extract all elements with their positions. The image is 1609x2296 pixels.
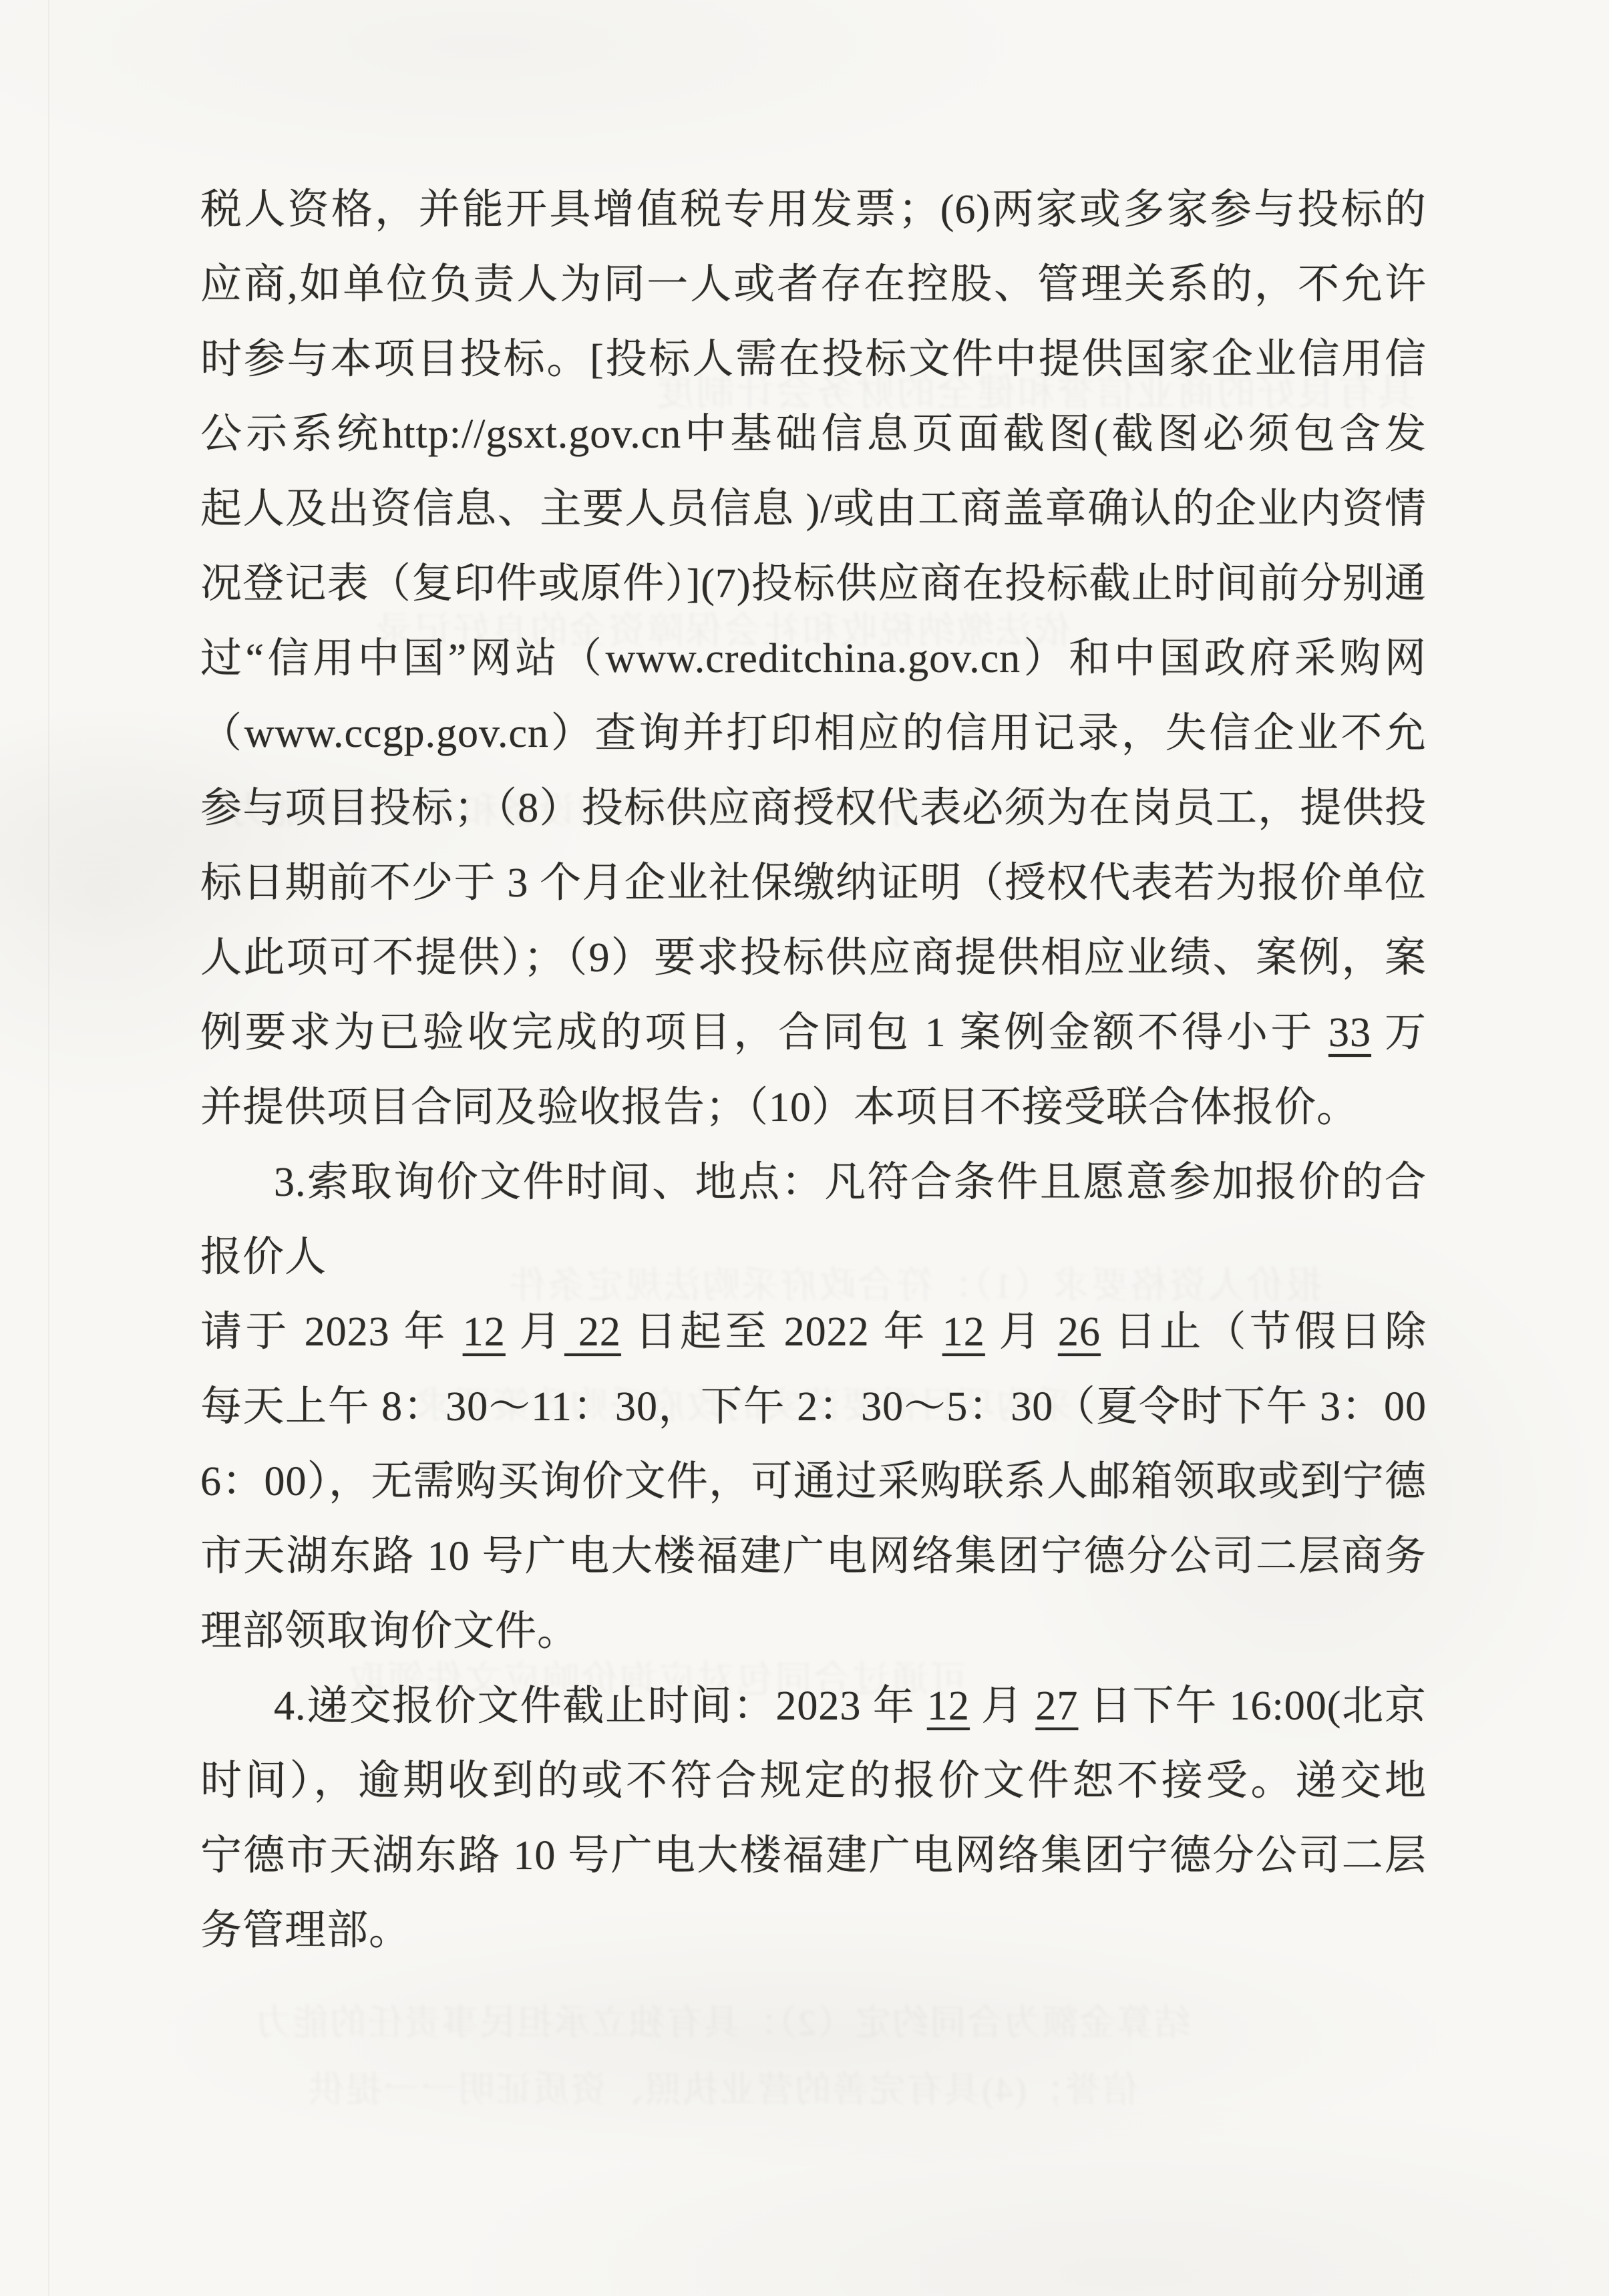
text-segment: 时间），逾期收到的或不符合规定的报价文件恕不接受。递交地址： (200, 1758, 1427, 1818)
text-line: 请于 2023 年 12 月 22 日起至 2022 年 12 月 26 日止（… (200, 1295, 1427, 1369)
text-line: 报价人 (200, 1220, 1427, 1295)
text-line: 市天湖东路 10 号广电大楼福建广电网络集团宁德分公司二层商务管 (200, 1519, 1427, 1594)
underlined-value: 12 (927, 1683, 970, 1729)
text-segment: 6：00），无需购买询价文件，可通过采购联系人邮箱领取或到宁德 (200, 1459, 1427, 1504)
text-line: 起人及出资信息、主要人员信息 )/或由工商盖章确认的企业内资情 (200, 472, 1427, 546)
underlined-value: 33 (1328, 1010, 1371, 1055)
text-line: 每天上午 8：30～11：30，下午 2：30～5：30（夏令时下午 3：00～ (200, 1369, 1427, 1444)
text-segment: 每天上午 8：30～11：30，下午 2：30～5：30（夏令时下午 3：00～ (200, 1384, 1427, 1444)
text-line: 应商,如单位负责人为同一人或者存在控股、管理关系的，不允许同 (200, 247, 1427, 322)
document-body: 税人资格，并能开具增值税专用发票；(6)两家或多家参与投标的供应商,如单位负责人… (200, 172, 1427, 1968)
text-segment: 日起至 2022 年 (621, 1309, 942, 1355)
text-line: 参与项目投标；（8）投标供应商授权代表必须为在岗员工，提供投 (200, 771, 1427, 846)
text-segment: 务管理部。 (200, 1908, 411, 1953)
text-line: 况登记表（复印件或原件）](7)投标供应商在投标截止时间前分别通 (200, 546, 1427, 621)
underlined-value: 27 (1035, 1683, 1078, 1729)
text-segment: 人此项可不提供）；（9）要求投标供应商提供相应业绩、案例，案 (200, 935, 1427, 981)
text-segment: 起人及出资信息、主要人员信息 )/或由工商盖章确认的企业内资情 (200, 486, 1427, 532)
text-segment: 月 (506, 1309, 564, 1355)
text-line: 并提供项目合同及验收报告；（10）本项目不接受联合体报价。 (200, 1070, 1427, 1145)
text-line: 过“信用中国”网站（www.creditchina.gov.cn）和中国政府采购… (200, 621, 1427, 696)
scan-fold-line (48, 0, 49, 2296)
text-line: 理部领取询价文件。 (200, 1594, 1427, 1669)
text-line: 人此项可不提供）；（9）要求投标供应商提供相应业绩、案例，案 (200, 921, 1427, 995)
text-segment: 3.索取询价文件时间、地点：凡符合条件且愿意参加报价的合格 (200, 1160, 1427, 1220)
underlined-value: 22 (564, 1309, 621, 1355)
text-line: 时参与本项目投标。[投标人需在投标文件中提供国家企业信用信息 (200, 322, 1427, 397)
text-segment: 过“信用中国”网站（www.creditchina.gov.cn）和中国政府采购… (200, 636, 1427, 681)
text-segment: 参与项目投标；（8）投标供应商授权代表必须为在岗员工，提供投 (200, 786, 1427, 831)
text-line: 务管理部。 (200, 1893, 1427, 1968)
text-line: 宁德市天湖东路 10 号广电大楼福建广电网络集团宁德分公司二层商 (200, 1818, 1427, 1893)
text-segment: （www.ccgp.gov.cn）查询并打印相应的信用记录，失信企业不允许 (200, 711, 1427, 771)
text-segment: 时参与本项目投标。[投标人需在投标文件中提供国家企业信用信息 (200, 337, 1427, 397)
text-line: 6：00），无需购买询价文件，可通过采购联系人邮箱领取或到宁德 (200, 1444, 1427, 1519)
text-line: 3.索取询价文件时间、地点：凡符合条件且愿意参加报价的合格 (200, 1145, 1427, 1220)
text-line: 例要求为已验收完成的项目，合同包 1 案例金额不得小于 33 万元， (200, 995, 1427, 1070)
underlined-value: 12 (463, 1309, 506, 1355)
bleed-through-text: 结算金额为合同约定（2）：具有独立承担民事责任的能力 (254, 1994, 1190, 2045)
text-segment: 况登记表（复印件或原件）](7)投标供应商在投标截止时间前分别通 (200, 561, 1427, 607)
underlined-value: 26 (1058, 1309, 1101, 1355)
text-segment: 应商,如单位负责人为同一人或者存在控股、管理关系的，不允许同 (200, 262, 1427, 322)
text-segment: 标日期前不少于 3 个月企业社保缴纳证明（授权代表若为报价单位法 (200, 860, 1427, 921)
bleed-through-text: 信誉；(4)具有完善的营业执照、资质证明一一提供 (307, 2061, 1139, 2112)
text-segment: 市天湖东路 10 号广电大楼福建广电网络集团宁德分公司二层商务管 (200, 1534, 1427, 1594)
text-segment: 例要求为已验收完成的项目，合同包 1 案例金额不得小于 (200, 1010, 1328, 1055)
text-line: 4.递交报价文件截止时间：2023 年 12 月 27 日下午 16:00(北京 (200, 1669, 1427, 1744)
text-line: （www.ccgp.gov.cn）查询并打印相应的信用记录，失信企业不允许 (200, 696, 1427, 771)
text-segment: 理部领取询价文件。 (200, 1609, 579, 1654)
text-line: 税人资格，并能开具增值税专用发票；(6)两家或多家参与投标的供 (200, 172, 1427, 247)
text-line: 标日期前不少于 3 个月企业社保缴纳证明（授权代表若为报价单位法 (200, 846, 1427, 921)
underlined-value: 12 (942, 1309, 985, 1355)
text-segment: 公示系统http://gsxt.gov.cn中基础信息页面截图(截图必须包含发 (200, 412, 1427, 457)
text-segment: 宁德市天湖东路 10 号广电大楼福建广电网络集团宁德分公司二层商 (200, 1833, 1427, 1893)
text-segment: 月 (970, 1683, 1035, 1729)
text-line: 公示系统http://gsxt.gov.cn中基础信息页面截图(截图必须包含发 (200, 397, 1427, 472)
scanned-document-page: { "page": { "kind": "scanned procurement… (0, 0, 1609, 2296)
text-segment: 税人资格，并能开具增值税专用发票；(6)两家或多家参与投标的供 (200, 187, 1427, 247)
text-segment: 4.递交报价文件截止时间：2023 年 (274, 1683, 927, 1729)
text-segment: 并提供项目合同及验收报告；（10）本项目不接受联合体报价。 (200, 1085, 1359, 1130)
text-segment: 日下午 16:00(北京 (1078, 1683, 1427, 1729)
text-segment: 报价人 (200, 1235, 327, 1280)
text-segment: 请于 2023 年 (200, 1309, 463, 1355)
text-segment: 月 (985, 1309, 1058, 1355)
text-line: 时间），逾期收到的或不符合规定的报价文件恕不接受。递交地址： (200, 1744, 1427, 1818)
